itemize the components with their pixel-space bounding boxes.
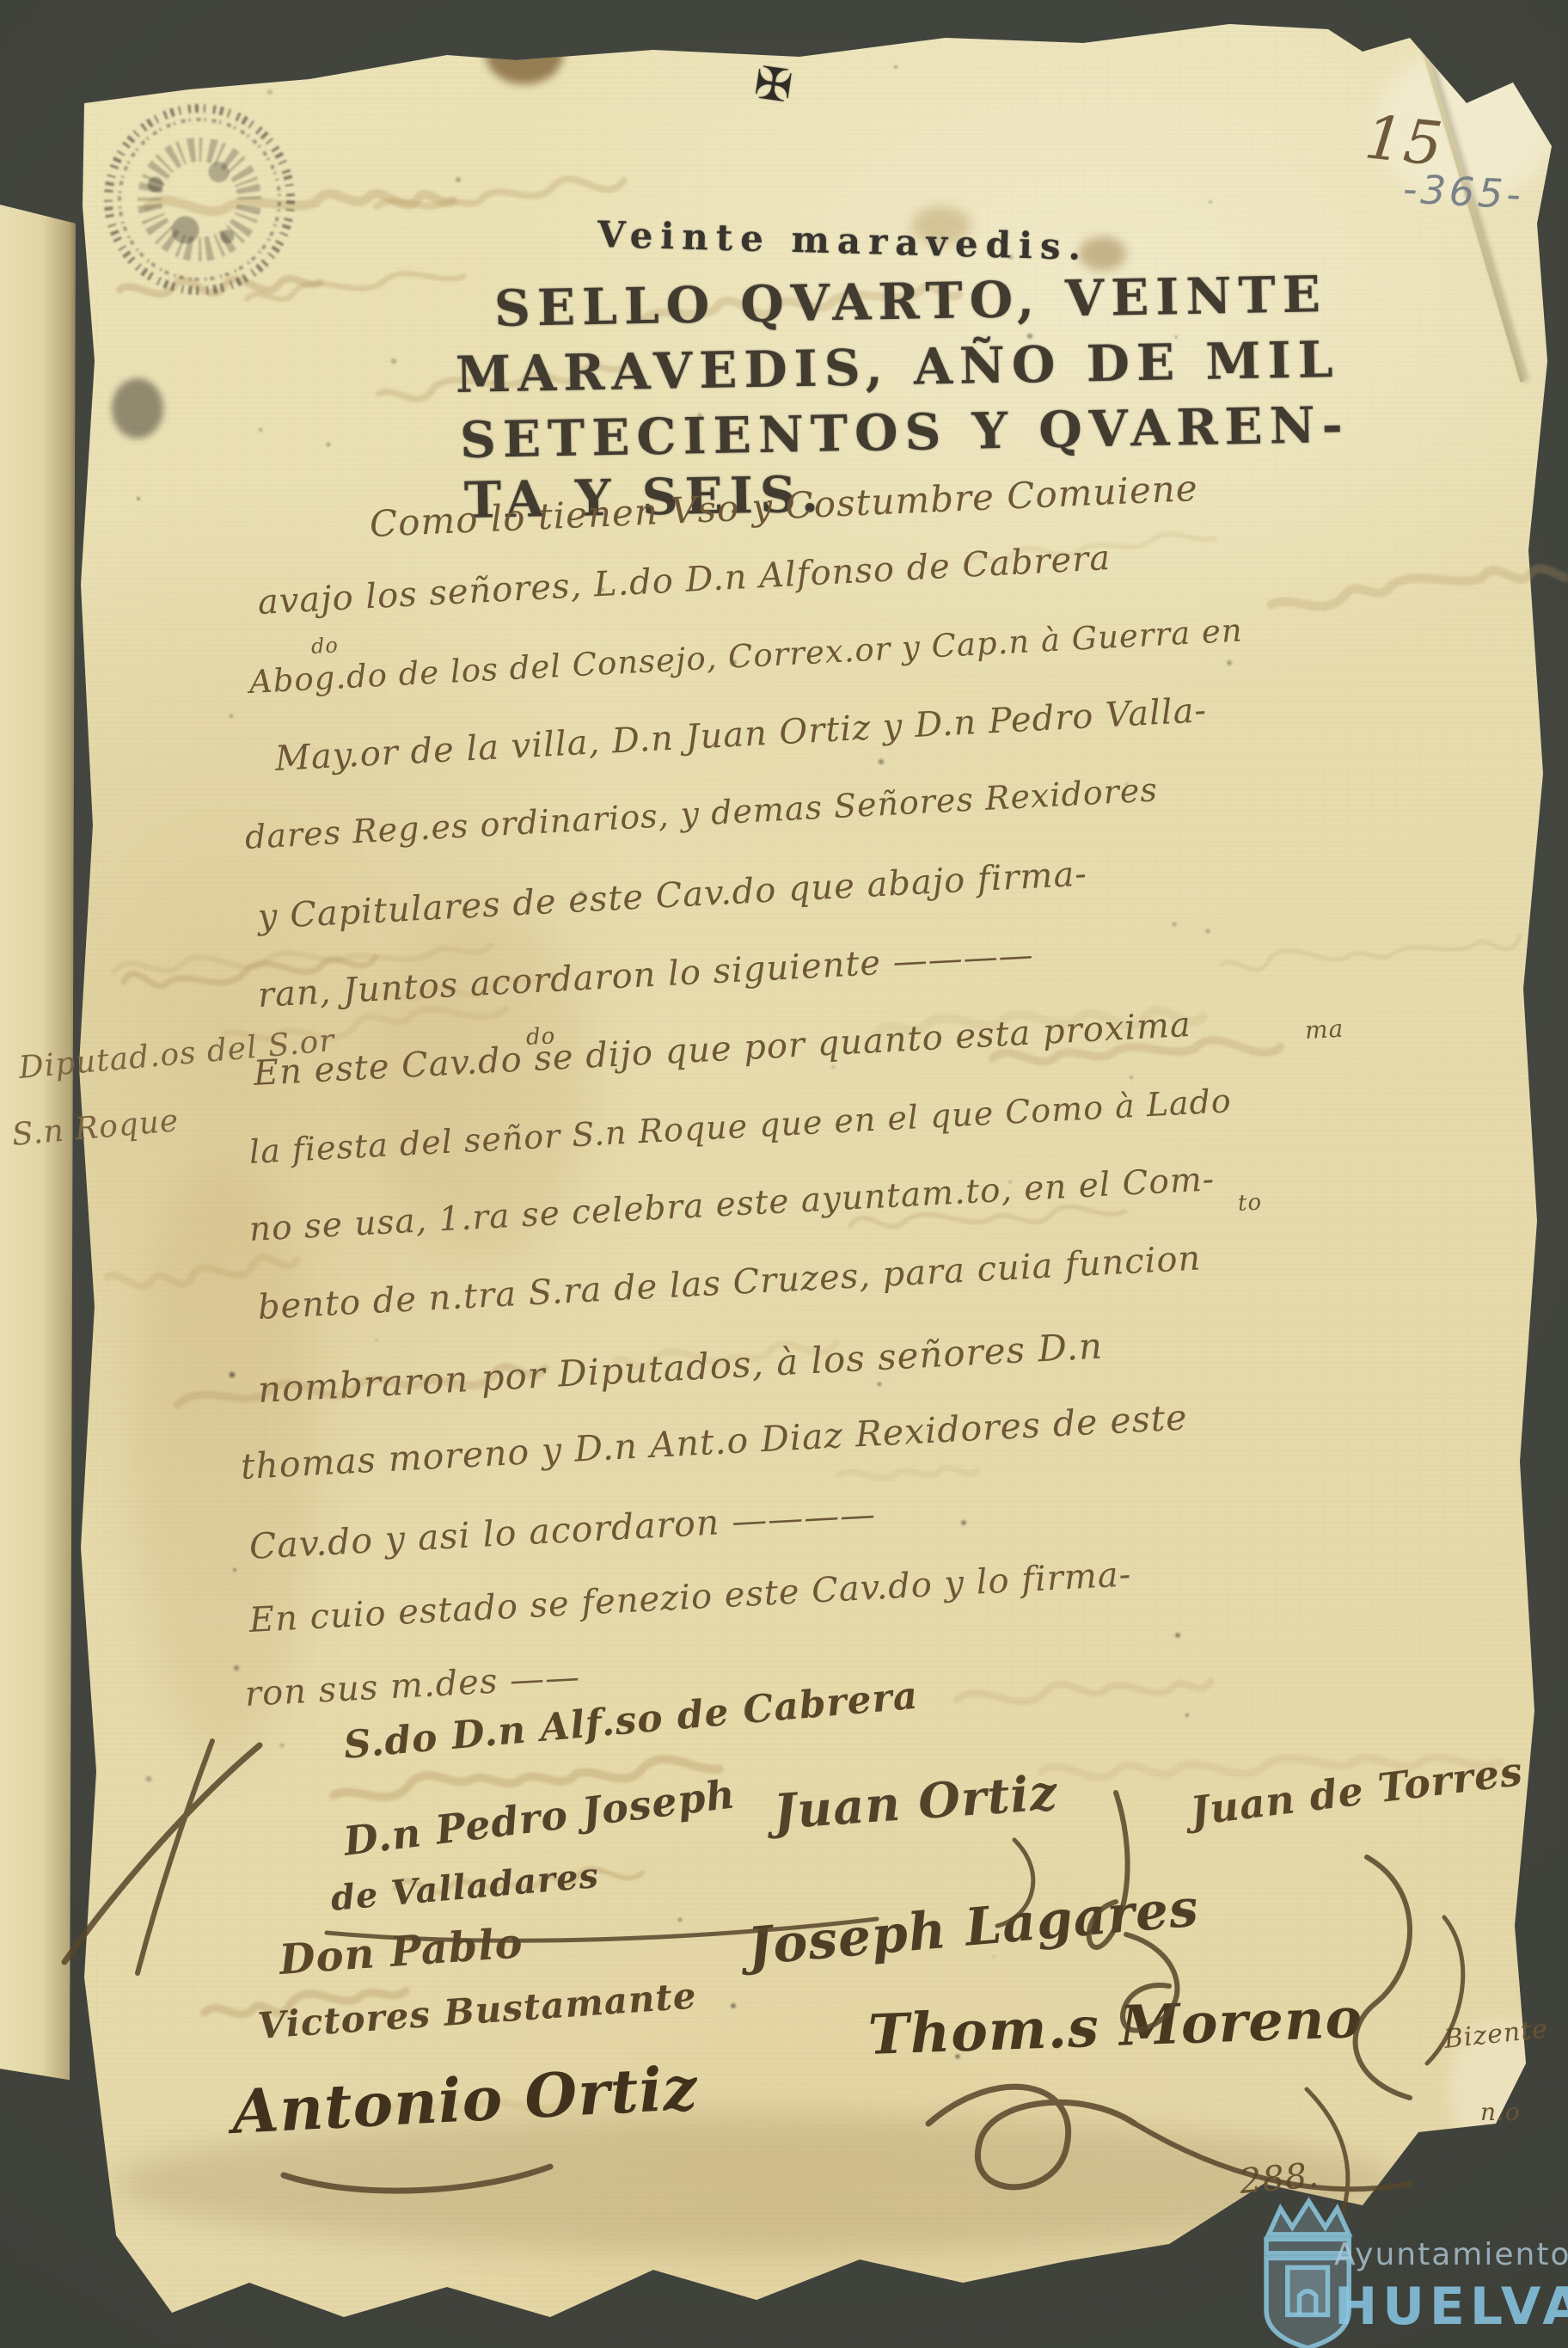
watermark-institution: Ayuntamiento de xyxy=(1334,2237,1568,2272)
watermark-city: HUELVA xyxy=(1334,2277,1568,2337)
ink-flourishes xyxy=(0,0,1568,2348)
document-scan: ✠ 15 -365- Veinte maravedis. SELLO QVART… xyxy=(0,0,1568,2348)
